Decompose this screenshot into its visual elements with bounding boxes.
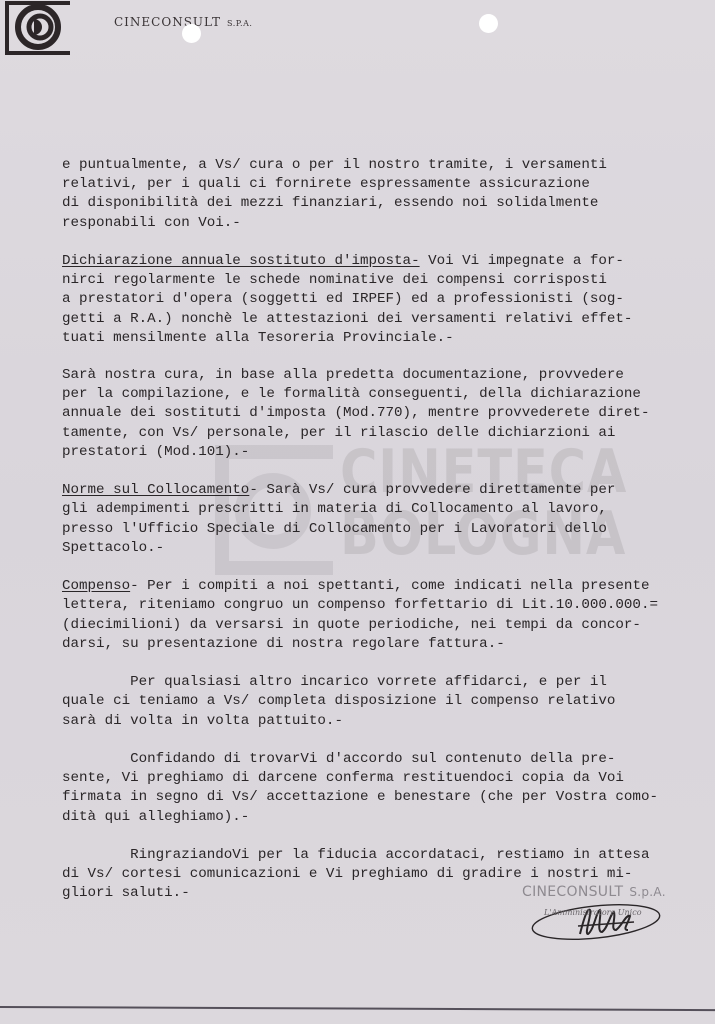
text-line: firmata in segno di Vs/ accettazione e b… bbox=[62, 788, 715, 807]
text-line: per la compilazione, e le formalità cons… bbox=[62, 385, 715, 404]
text-line: (diecimilioni) da versarsi in quote peri… bbox=[62, 616, 715, 635]
text-line: Compenso- Per i compiti a noi spettanti,… bbox=[62, 577, 715, 596]
text-line: annuale dei sostituti d'imposta (Mod.770… bbox=[62, 404, 715, 423]
text-line: Confidando di trovarVi d'accordo sul con… bbox=[62, 750, 715, 769]
cineconsult-logo-icon bbox=[4, 0, 72, 56]
text-fragment: Voi Vi impegnate a for- bbox=[420, 253, 624, 269]
text-line: presso l'Ufficio Speciale di Collocament… bbox=[62, 520, 715, 539]
text-fragment: - Sarà Vs/ cura provvedere direttamente … bbox=[249, 482, 615, 498]
text-line: darsi, su presentazione di nostra regola… bbox=[62, 635, 715, 654]
text-line: responabili con Voi.- bbox=[62, 214, 715, 233]
text-line: a prestatori d'opera (soggetti ed IRPEF)… bbox=[62, 290, 715, 309]
text-line: nirci regolarmente le schede nominative … bbox=[62, 271, 715, 290]
text-line: Per qualsiasi altro incarico vorrete aff… bbox=[62, 673, 715, 692]
paragraph: Confidando di trovarVi d'accordo sul con… bbox=[62, 750, 715, 827]
paragraph: Sarà nostra cura, in base alla predetta … bbox=[62, 366, 715, 462]
paragraph: Dichiarazione annuale sostituto d'impost… bbox=[62, 252, 715, 348]
text-line: tuati mensilmente alla Tesoreria Provinc… bbox=[62, 329, 715, 348]
text-line: getti a R.A.) nonchè le attestazioni dei… bbox=[62, 310, 715, 329]
stamp-company: CINECONSULTS.p.A. bbox=[522, 884, 666, 900]
section-heading: Dichiarazione annuale sostituto d'impost… bbox=[62, 253, 420, 269]
page-bottom-rule bbox=[0, 1006, 715, 1011]
letter-body: e puntualmente, a Vs/ cura o per il nost… bbox=[62, 156, 715, 923]
text-line: lettera, riteniamo congruo un compenso f… bbox=[62, 596, 715, 615]
text-line: tamente, con Vs/ personale, per il rilas… bbox=[62, 424, 715, 443]
signature-stamp: CINECONSULTS.p.A. L'Amministratore Unico bbox=[520, 884, 710, 944]
paragraph: e puntualmente, a Vs/ cura o per il nost… bbox=[62, 156, 715, 233]
company-name-text: CINECONSULT bbox=[114, 15, 221, 29]
text-line: RingraziandoVi per la fiducia accordatac… bbox=[62, 846, 715, 865]
paragraph: Compenso- Per i compiti a noi spettanti,… bbox=[62, 577, 715, 654]
text-line: di Vs/ cortesi comunicazioni e Vi preghi… bbox=[62, 865, 715, 884]
stamp-role: L'Amministratore Unico bbox=[544, 908, 642, 917]
paragraph: Per qualsiasi altro incarico vorrete aff… bbox=[62, 673, 715, 731]
text-line: Spettacolo.- bbox=[62, 539, 715, 558]
company-suffix: S.P.A. bbox=[227, 19, 252, 28]
text-line: Dichiarazione annuale sostituto d'impost… bbox=[62, 252, 715, 271]
text-line: relativi, per i quali ci fornirete espre… bbox=[62, 175, 715, 194]
text-line: Norme sul Collocamento- Sarà Vs/ cura pr… bbox=[62, 481, 715, 500]
letter-page: CINECONSULTS.P.A. CINETECA BOLOGNA e pun… bbox=[0, 0, 715, 1024]
stamp-suffix: S.p.A. bbox=[629, 885, 665, 899]
stamp-company-text: CINECONSULT bbox=[522, 884, 623, 900]
text-line: quale ci teniamo a Vs/ completa disposiz… bbox=[62, 692, 715, 711]
section-heading: Norme sul Collocamento bbox=[62, 482, 249, 498]
text-line: sarà di volta in volta pattuito.- bbox=[62, 712, 715, 731]
text-fragment: - Per i compiti a noi spettanti, come in… bbox=[130, 578, 649, 594]
section-heading: Compenso bbox=[62, 578, 130, 594]
signature-scribble-icon bbox=[530, 900, 670, 944]
paragraph: Norme sul Collocamento- Sarà Vs/ cura pr… bbox=[62, 481, 715, 558]
text-line: di disponibilità dei mezzi finanziari, e… bbox=[62, 194, 715, 213]
text-line: e puntualmente, a Vs/ cura o per il nost… bbox=[62, 156, 715, 175]
text-line: prestatori (Mod.101).- bbox=[62, 443, 715, 462]
text-line: Sarà nostra cura, in base alla predetta … bbox=[62, 366, 715, 385]
text-line: gli adempimenti prescritti in materia di… bbox=[62, 500, 715, 519]
text-line: sente, Vi preghiamo di darcene conferma … bbox=[62, 769, 715, 788]
punch-hole bbox=[479, 14, 498, 33]
punch-hole bbox=[182, 24, 201, 43]
text-line: dità qui alleghiamo).- bbox=[62, 808, 715, 827]
